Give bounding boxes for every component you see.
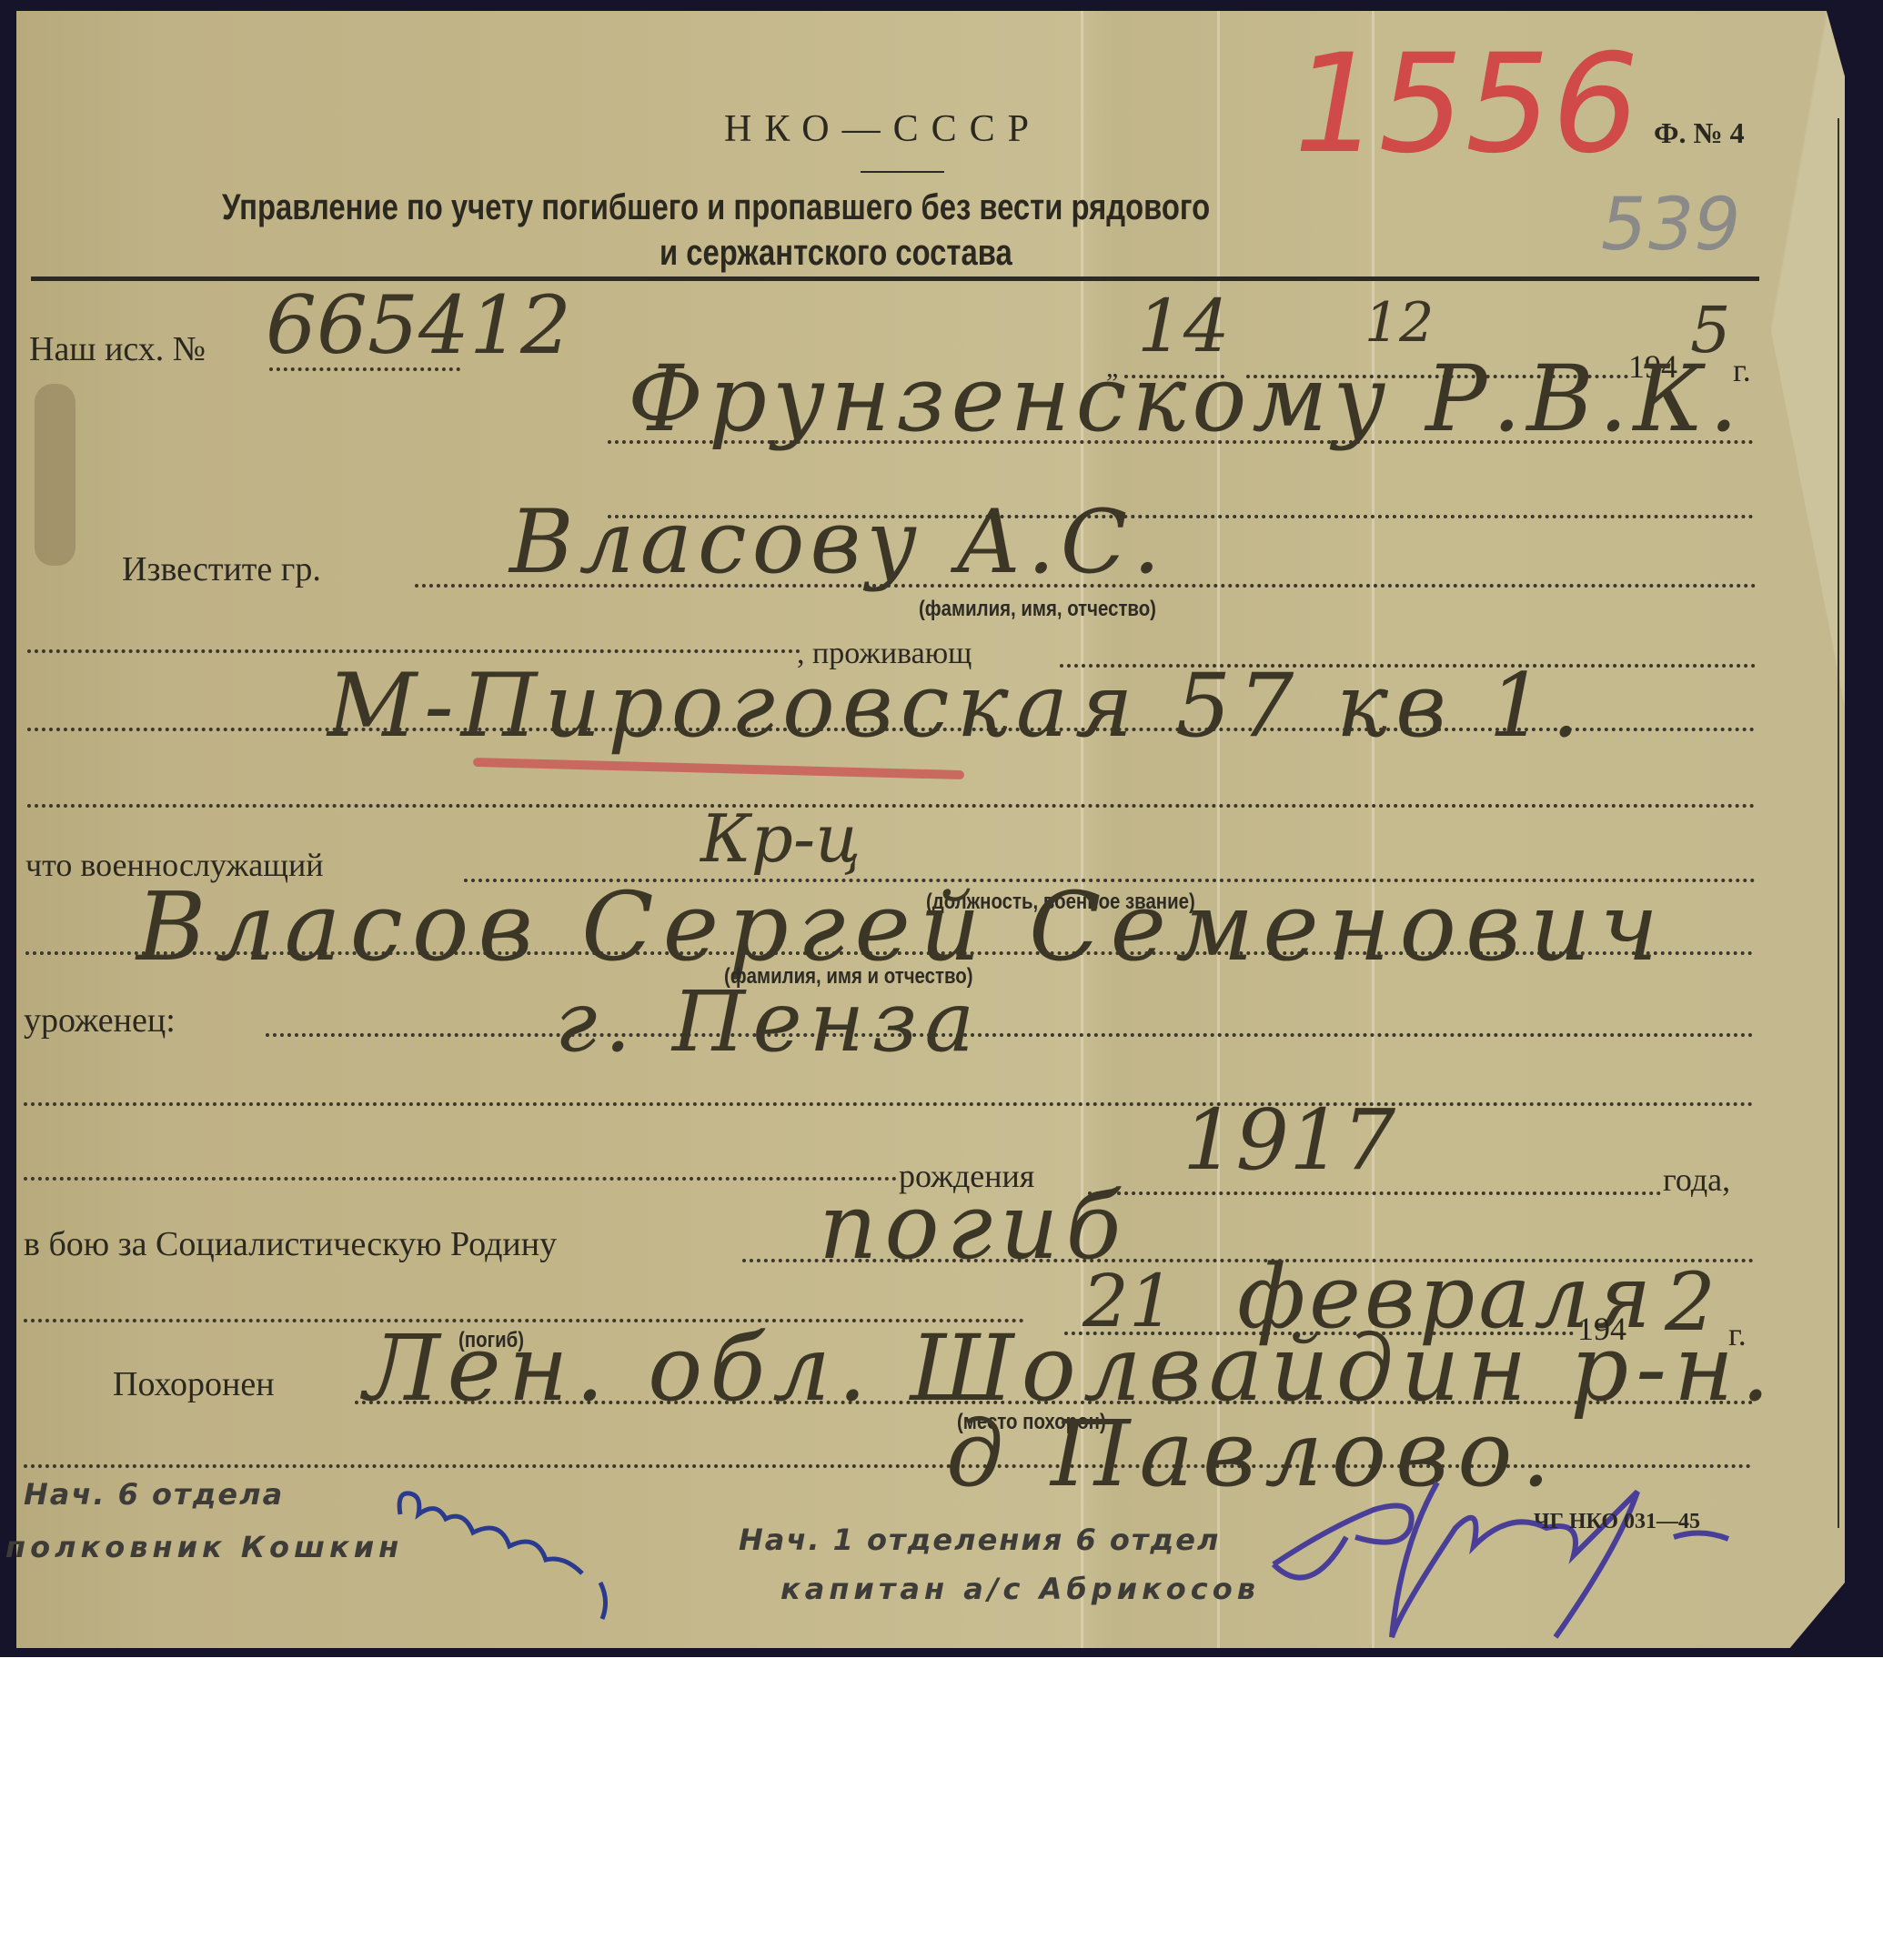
department-title-line1: Управление по учету погибшего и пропавше… bbox=[222, 187, 1210, 228]
agency-title: НКО—СССР bbox=[724, 107, 1042, 151]
stain bbox=[35, 384, 76, 566]
section-chief-title-stamp: Нач. 1 отделения 6 отдел bbox=[739, 1523, 1220, 1557]
address: М-Пироговская 57 кв 1. bbox=[327, 655, 1586, 757]
title-underline bbox=[861, 171, 944, 173]
field-line bbox=[27, 804, 1756, 808]
notify-caption: (фамилия, имя, отчество) bbox=[919, 597, 1156, 622]
blue-signature bbox=[391, 1483, 646, 1637]
field-line bbox=[1088, 1191, 1661, 1195]
form-number: Ф. № 4 bbox=[1654, 116, 1745, 150]
section-chief-name-stamp: капитан а/с Абрикосов bbox=[780, 1572, 1260, 1606]
red-archive-number: 1556 bbox=[1278, 25, 1653, 184]
chief-name-stamp: полковник Кошкин bbox=[5, 1530, 403, 1564]
field-line bbox=[608, 440, 1754, 444]
field-line bbox=[24, 1177, 897, 1181]
department-title-line2: и сержантского состава bbox=[660, 233, 1012, 274]
field-line bbox=[415, 584, 1757, 588]
notify-label: Известите гр. bbox=[122, 549, 321, 589]
birth-year: 1917 bbox=[1183, 1091, 1395, 1189]
burial-label: Похоронен bbox=[113, 1364, 275, 1404]
violet-signature bbox=[1255, 1473, 1801, 1655]
field-line bbox=[266, 1033, 1754, 1037]
outgoing-number: 665412 bbox=[266, 278, 571, 372]
addressee: Фрунзенскому Р.В.К. bbox=[628, 346, 1744, 452]
field-line bbox=[27, 649, 801, 653]
pencil-archive-number: 539 bbox=[1594, 182, 1747, 266]
field-line bbox=[24, 1464, 1752, 1468]
notify-name: Власову А.С. bbox=[509, 491, 1166, 593]
origin-label: уроженец: bbox=[24, 1000, 176, 1040]
origin-value: г. Пенза bbox=[555, 973, 982, 1070]
field-line bbox=[25, 951, 1754, 955]
field-line bbox=[27, 728, 1756, 731]
serviceman-rank: Кр-ц bbox=[700, 800, 861, 877]
outgoing-label: Наш исх. № bbox=[29, 329, 206, 369]
death-label: в бою за Социалистическую Родину bbox=[24, 1224, 557, 1264]
chief-title-stamp: Нач. 6 отдела bbox=[24, 1477, 284, 1512]
field-line bbox=[24, 1102, 1754, 1106]
birth-suffix: года, bbox=[1663, 1161, 1730, 1199]
print-code: ЧГ НКО 031—45 bbox=[1534, 1510, 1700, 1534]
right-margin-rule bbox=[1838, 118, 1839, 1528]
